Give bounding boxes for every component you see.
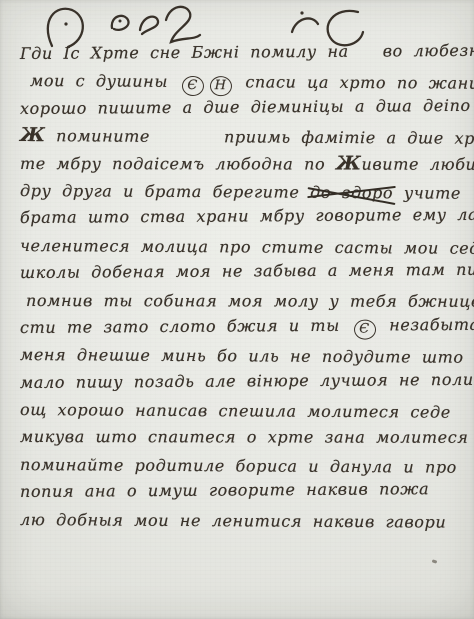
- flourish-curl: [140, 17, 158, 34]
- manuscript-line: школы добеная моя не забыва а меня там п…: [20, 256, 466, 287]
- manuscript-page: Гди Іс Хрте сне Бжні помилу наво любезны…: [0, 0, 474, 619]
- text-segment: незабыта: [378, 315, 474, 335]
- text-segment: спаси ца хрто по жаните: [235, 73, 474, 94]
- text-segment: поминайте родитиле бориса и данула и про: [20, 455, 457, 477]
- manuscript-line: хорошо пишите а дше діеминіцы а дша деіп…: [20, 92, 466, 123]
- manuscript-text: Гди Іс Хрте сне Бжні помилу наво любезны…: [20, 40, 466, 533]
- ink-dot: [64, 22, 67, 25]
- manuscript-line: ощ хорошо написав спешила молитеся седе: [20, 396, 466, 426]
- manuscript-line: лю добныя мои не ленитися наквив гавори: [20, 506, 466, 536]
- text-segment: меня днешше минь бо иль не подудите што: [20, 345, 464, 367]
- ink-dot: [119, 20, 122, 23]
- text-segment: сти те зато слото бжия и ты: [20, 316, 351, 337]
- text-segment: мало пишу позадь але вінюре лучшоя не по…: [20, 370, 474, 392]
- manuscript-line: попия ана о имуш говорите наквив пожа: [20, 475, 466, 506]
- manuscript-line: те мбру подаісемъ любодна по Живите люби…: [20, 150, 466, 178]
- manuscript-line: мало пишу позадь але вінюре лучшоя не по…: [20, 366, 466, 397]
- text-segment: микува што спаитеся о хрте зана молитеся: [20, 427, 469, 447]
- text-segment: школы добеная моя не забыва а меня там п…: [20, 260, 474, 282]
- text-segment: челенитеся молица про стите састы мои се…: [20, 236, 474, 258]
- manuscript-line: микува што спаитеся о хрте зана молитеся: [20, 423, 466, 451]
- text-segment: приимь фамітіе а дше храни: [224, 127, 474, 148]
- text-segment: попия ана о имуш говорите наквив пожа: [20, 479, 429, 501]
- text-segment: помините: [45, 126, 150, 146]
- manuscript-line: Гди Іс Хрте сне Бжні помилу наво любезны…: [20, 37, 466, 68]
- text-segment: лю добныя мои не ленитися наквив гавори: [20, 510, 446, 532]
- ink-dot: [300, 11, 303, 14]
- flourish-two: [166, 7, 200, 42]
- manuscript-line: сти те зато слото бжия и ты Є незабыта: [20, 311, 466, 342]
- text-segment: мои с душины: [30, 71, 179, 91]
- ink-speck: [432, 559, 438, 563]
- text-segment: учите: [393, 183, 461, 202]
- flourish-curl-right: [292, 18, 318, 32]
- text-segment: те мбру подаісемъ любодна по: [20, 154, 336, 174]
- text-segment: Ж: [336, 152, 362, 174]
- flourish-oval: [112, 16, 129, 30]
- circled-initial: Є: [353, 319, 375, 339]
- text-segment: Гди Іс Хрте сне Бжні помилу на: [20, 42, 349, 63]
- manuscript-line: брата што ства храни мбру говорите ему л…: [20, 201, 466, 232]
- text-segment: Ж: [20, 124, 46, 146]
- text-segment: ивите любите: [361, 154, 474, 173]
- manuscript-line: Ж поминитеприимь фамітіе а дше храни: [20, 122, 466, 152]
- text-segment: брата што ства храни мбру говорите ему л…: [20, 205, 474, 228]
- text-segment: дру друга и брата берегите: [20, 181, 310, 202]
- text-segment: ощ хорошо написав спешила молитеся седе: [20, 400, 451, 422]
- text-segment: хорошо пишите а дше діеминіцы а дша деіп…: [20, 95, 474, 118]
- text-segment: помнив ты собиная моя молу у тебя бжнице…: [26, 291, 474, 311]
- text-segment: во любезнымы: [383, 41, 474, 61]
